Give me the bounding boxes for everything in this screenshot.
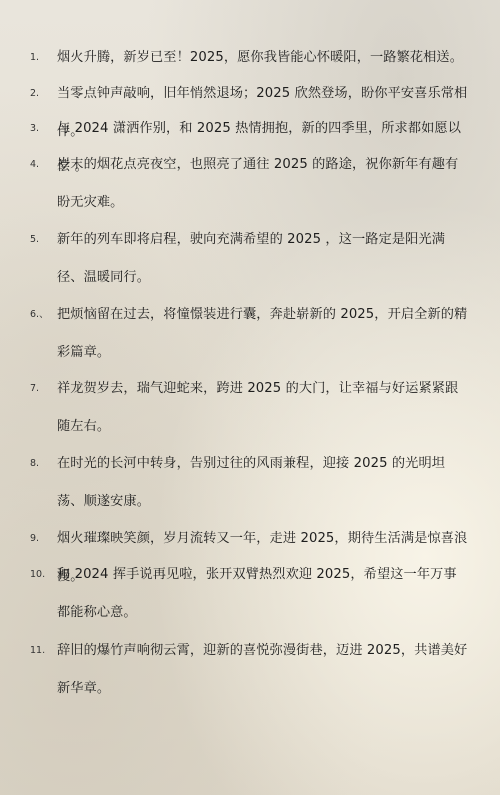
list-number: 7.: [30, 380, 54, 398]
list-number: 2.: [30, 85, 54, 103]
paper-document: 1. 烟火升腾，新岁已至！2025，愿你我皆能心怀暖阳，一路繁花相送。 2. 当…: [0, 0, 500, 795]
list-text: 祥龙贺岁去，瑞气迎蛇来，跨进 2025 的大门，让幸福与好运紧紧跟随左右。: [57, 370, 469, 446]
list-text: 烟火升腾，新岁已至！2025，愿你我皆能心怀暖阳，一路繁花相送。: [57, 39, 469, 77]
list-text: 把烦恼留在过去，将憧憬装进行囊，奔赴崭新的 2025，开启全新的精彩篇章。: [57, 296, 469, 372]
list-number: 3.: [30, 120, 54, 138]
list-number: 4.: [30, 156, 54, 174]
list-number: 6.、: [30, 306, 54, 324]
list-text: 新年的列车即将启程，驶向充满希望的 2025 ，这一路定是阳光满径、温暖同行。: [57, 221, 469, 297]
list-text: 辞旧的爆竹声响彻云霄，迎新的喜悦弥漫街巷，迈进 2025，共谱美好新华章。: [57, 632, 469, 708]
list-number: 1.: [30, 49, 54, 67]
list-text: 和 2024 挥手说再见啦，张开双臂热烈欢迎 2025，希望这一年万事都能称心意…: [57, 556, 469, 632]
list-number: 10.: [30, 566, 54, 584]
list-text: 岁末的烟花点亮夜空，也照亮了通往 2025 的路途，祝你新年有趣有盼无灾难。: [57, 146, 469, 222]
list-number: 11.: [30, 642, 54, 660]
list-number: 8.: [30, 455, 54, 473]
list-text: 在时光的长河中转身，告别过往的风雨兼程，迎接 2025 的光明坦荡、顺遂安康。: [57, 445, 469, 521]
list-number: 5.: [30, 231, 54, 249]
list-number: 9.: [30, 530, 54, 548]
